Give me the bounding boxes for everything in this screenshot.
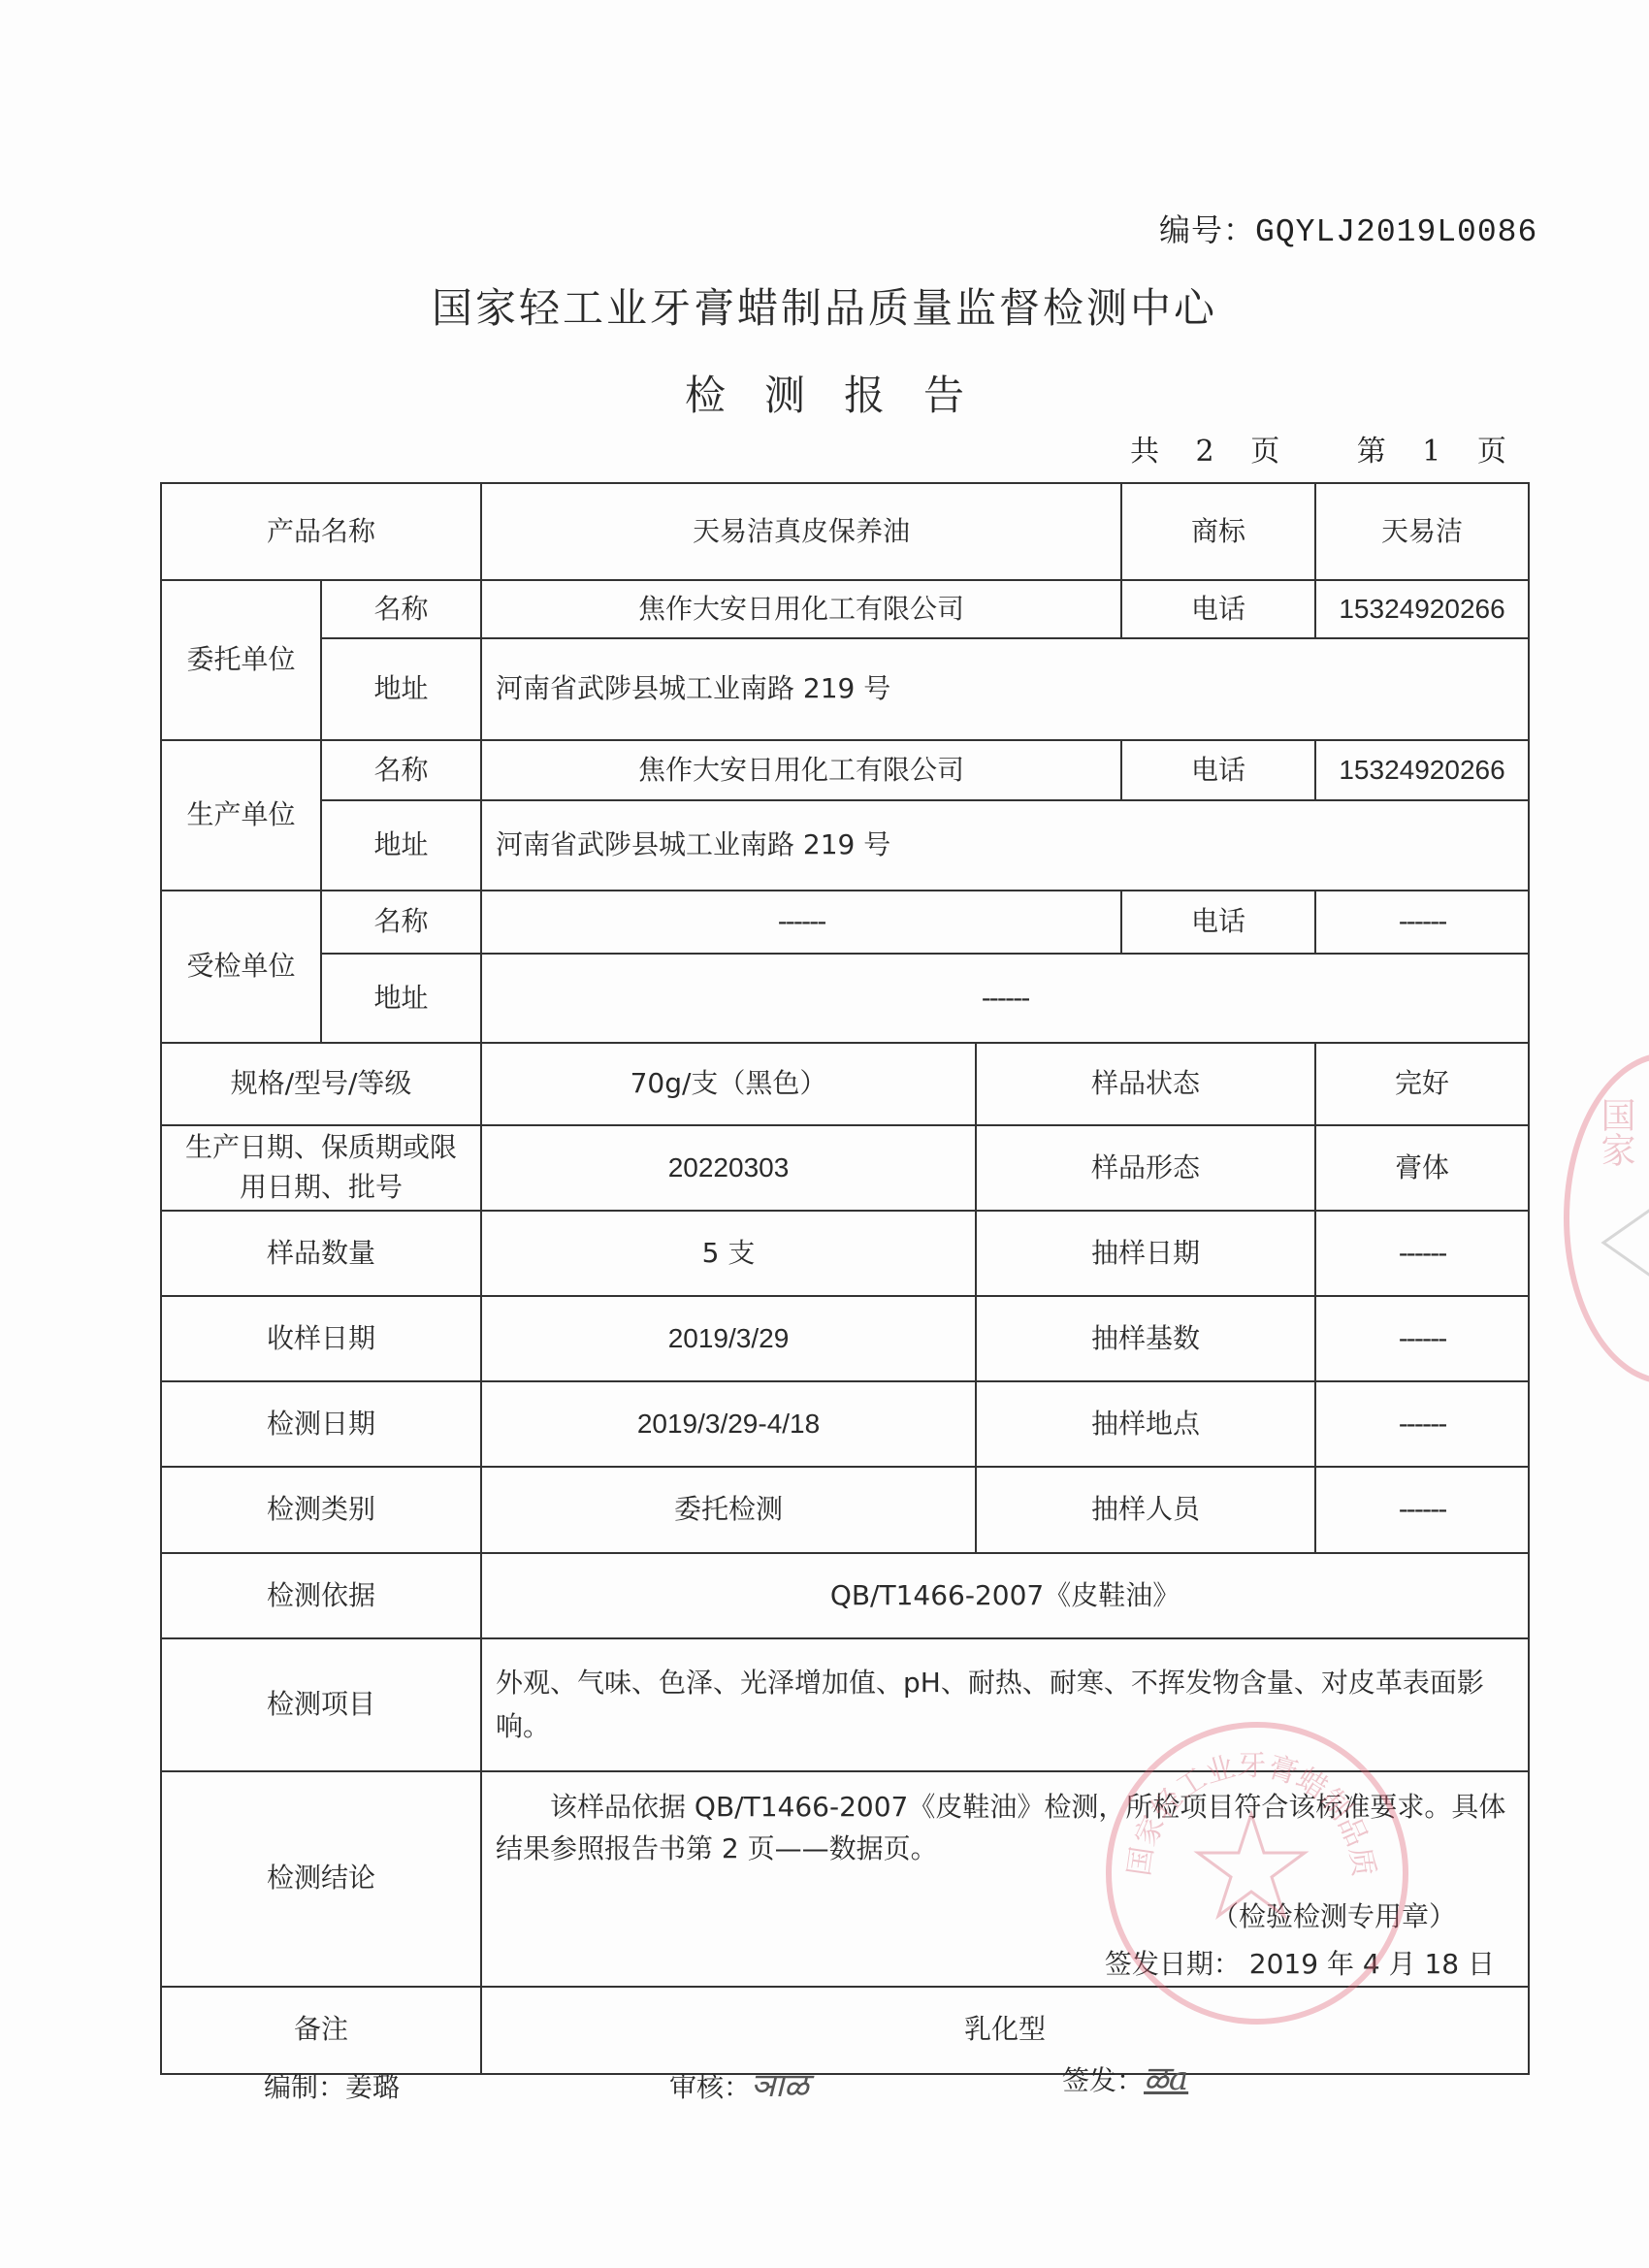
- sampling-date-label: 抽样日期: [976, 1211, 1315, 1296]
- inspected-address-value: ------: [481, 954, 1529, 1043]
- sampler-value: ------: [1315, 1467, 1529, 1553]
- client-phone-value: 15324920266: [1315, 580, 1529, 638]
- seal-note: （检验检测专用章）: [496, 1895, 1514, 1937]
- manufacturer-phone-label: 电话: [1121, 740, 1315, 800]
- row-client-name: 委托单位 名称 焦作大安日用化工有限公司 电话 15324920266: [161, 580, 1529, 638]
- current-prefix: 第: [1357, 435, 1386, 469]
- remarks-label: 备注: [161, 1987, 481, 2074]
- test-date-label: 检测日期: [161, 1381, 481, 1467]
- test-category-value: 委托检测: [481, 1467, 976, 1553]
- row-inspected-address: 地址 ------: [161, 954, 1529, 1043]
- manufacturer-phone-value: 15324920266: [1315, 740, 1529, 800]
- compiled-label: 编制：: [264, 2071, 345, 2103]
- test-basis-value: QB/T1466-2007《皮鞋油》: [481, 1553, 1529, 1638]
- row-receipt-date: 收样日期 2019/3/29 抽样基数 ------: [161, 1296, 1529, 1381]
- issue-date: 签发日期： 2019 年 4 月 18 日: [496, 1943, 1514, 1985]
- spec-label: 规格/型号/等级: [161, 1043, 481, 1125]
- issue-date-label: 签发日期：: [1105, 1948, 1241, 1980]
- page-info: 共 2 页 第 1 页: [1130, 427, 1524, 470]
- sampling-location-label: 抽样地点: [976, 1381, 1315, 1467]
- row-test-date: 检测日期 2019/3/29-4/18 抽样地点 ------: [161, 1381, 1529, 1467]
- sample-status-value: 完好: [1315, 1043, 1529, 1125]
- trademark-label: 商标: [1121, 483, 1315, 580]
- total-suffix: 页: [1250, 435, 1279, 469]
- production-date-label: 生产日期、保质期或限用日期、批号: [161, 1125, 481, 1211]
- current-suffix: 页: [1477, 435, 1506, 469]
- sample-quantity-value: 5 支: [481, 1211, 976, 1296]
- client-phone-label: 电话: [1121, 580, 1315, 638]
- manufacturer-group-label: 生产单位: [161, 740, 321, 891]
- report-serial-number: 编号：GQYLJ2019L0086: [1159, 206, 1537, 250]
- row-sample-quantity: 样品数量 5 支 抽样日期 ------: [161, 1211, 1529, 1296]
- trademark-value: 天易洁: [1315, 483, 1529, 580]
- compiled-by: 编制：姜璐: [264, 2066, 400, 2105]
- manufacturer-address-value: 河南省武陟县城工业南路 219 号: [481, 800, 1529, 891]
- sample-status-label: 样品状态: [976, 1043, 1315, 1125]
- product-name-label: 产品名称: [161, 483, 481, 580]
- organization-title: 国家轻工业牙膏蜡制品质量监督检测中心: [0, 276, 1649, 335]
- sample-form-value: 膏体: [1315, 1125, 1529, 1211]
- row-test-category: 检测类别 委托检测 抽样人员 ------: [161, 1467, 1529, 1553]
- approved-by: 签发：ळa: [1062, 2055, 1188, 2099]
- remarks-value: 乳化型: [481, 1987, 1529, 2074]
- row-conclusion: 检测结论 该样品依据 QB/T1466-2007《皮鞋油》检测，所检项目符合该标…: [161, 1771, 1529, 1987]
- sampling-date-value: ------: [1315, 1211, 1529, 1296]
- sampling-base-label: 抽样基数: [976, 1296, 1315, 1381]
- test-items-label: 检测项目: [161, 1638, 481, 1771]
- row-manufacturer-name: 生产单位 名称 焦作大安日用化工有限公司 电话 15324920266: [161, 740, 1529, 800]
- sample-form-label: 样品形态: [976, 1125, 1315, 1211]
- total-prefix: 共: [1130, 435, 1159, 469]
- manufacturer-name-value: 焦作大安日用化工有限公司: [481, 740, 1121, 800]
- client-address-value: 河南省武陟县城工业南路 219 号: [481, 638, 1529, 740]
- row-product-name: 产品名称 天易洁真皮保养油 商标 天易洁: [161, 483, 1529, 580]
- client-name-label: 名称: [321, 580, 481, 638]
- conclusion-text: 该样品依据 QB/T1466-2007《皮鞋油》检测，所检项目符合该标准要求。具…: [496, 1786, 1514, 1870]
- sample-quantity-label: 样品数量: [161, 1211, 481, 1296]
- row-manufacturer-address: 地址 河南省武陟县城工业南路 219 号: [161, 800, 1529, 891]
- row-remarks: 备注 乳化型: [161, 1987, 1529, 2074]
- edge-seal-star-icon: [1599, 1204, 1649, 1281]
- production-date-value: 20220303: [481, 1125, 976, 1211]
- conclusion-cell: 该样品依据 QB/T1466-2007《皮鞋油》检测，所检项目符合该标准要求。具…: [481, 1771, 1529, 1987]
- edge-seal-text: 国家: [1591, 1097, 1640, 1167]
- manufacturer-address-label: 地址: [321, 800, 481, 891]
- conclusion-label: 检测结论: [161, 1771, 481, 1987]
- document-title: 检测报告: [0, 364, 1649, 422]
- manufacturer-name-label: 名称: [321, 740, 481, 800]
- issue-date-value: 2019 年 4 月 18 日: [1249, 1948, 1495, 1980]
- test-items-value: 外观、气味、色泽、光泽增加值、pH、耐热、耐寒、不挥发物含量、对皮革表面影响。: [481, 1638, 1529, 1771]
- row-test-items: 检测项目 外观、气味、色泽、光泽增加值、pH、耐热、耐寒、不挥发物含量、对皮革表…: [161, 1638, 1529, 1771]
- row-test-basis: 检测依据 QB/T1466-2007《皮鞋油》: [161, 1553, 1529, 1638]
- receipt-date-value: 2019/3/29: [481, 1296, 976, 1381]
- receipt-date-label: 收样日期: [161, 1296, 481, 1381]
- test-date-value: 2019/3/29-4/18: [481, 1381, 976, 1467]
- client-group-label: 委托单位: [161, 580, 321, 740]
- edge-seal: 国家: [1564, 1053, 1649, 1384]
- inspected-name-value: ------: [481, 891, 1121, 954]
- row-spec: 规格/型号/等级 70g/支（黑色） 样品状态 完好: [161, 1043, 1529, 1125]
- inspected-group-label: 受检单位: [161, 891, 321, 1043]
- product-name-value: 天易洁真皮保养油: [481, 483, 1121, 580]
- reviewer-signature: ञाळ: [751, 2066, 809, 2105]
- reviewed-label: 审核：: [669, 2071, 751, 2103]
- row-production-date: 生产日期、保质期或限用日期、批号 20220303 样品形态 膏体: [161, 1125, 1529, 1211]
- approver-signature: ळa: [1144, 2059, 1188, 2098]
- report-table: 产品名称 天易洁真皮保养油 商标 天易洁 委托单位 名称 焦作大安日用化工有限公…: [160, 482, 1530, 2075]
- row-inspected-name: 受检单位 名称 ------ 电话 ------: [161, 891, 1529, 954]
- sampler-label: 抽样人员: [976, 1467, 1315, 1553]
- approved-label: 签发：: [1062, 2064, 1144, 2096]
- serial-label: 编号：: [1159, 211, 1255, 248]
- spec-value: 70g/支（黑色）: [481, 1043, 976, 1125]
- client-name-value: 焦作大安日用化工有限公司: [481, 580, 1121, 638]
- inspected-address-label: 地址: [321, 954, 481, 1043]
- reviewed-by: 审核：ञाळ: [669, 2061, 809, 2106]
- row-client-address: 地址 河南省武陟县城工业南路 219 号: [161, 638, 1529, 740]
- serial-value: GQYLJ2019L0086: [1255, 214, 1537, 250]
- inspected-name-label: 名称: [321, 891, 481, 954]
- current-page: 1: [1422, 435, 1440, 469]
- test-basis-label: 检测依据: [161, 1553, 481, 1638]
- sampling-base-value: ------: [1315, 1296, 1529, 1381]
- sampling-location-value: ------: [1315, 1381, 1529, 1467]
- test-category-label: 检测类别: [161, 1467, 481, 1553]
- total-pages: 2: [1196, 435, 1214, 469]
- inspected-phone-label: 电话: [1121, 891, 1315, 954]
- client-address-label: 地址: [321, 638, 481, 740]
- compiled-name: 姜璐: [345, 2071, 400, 2103]
- inspected-phone-value: ------: [1315, 891, 1529, 954]
